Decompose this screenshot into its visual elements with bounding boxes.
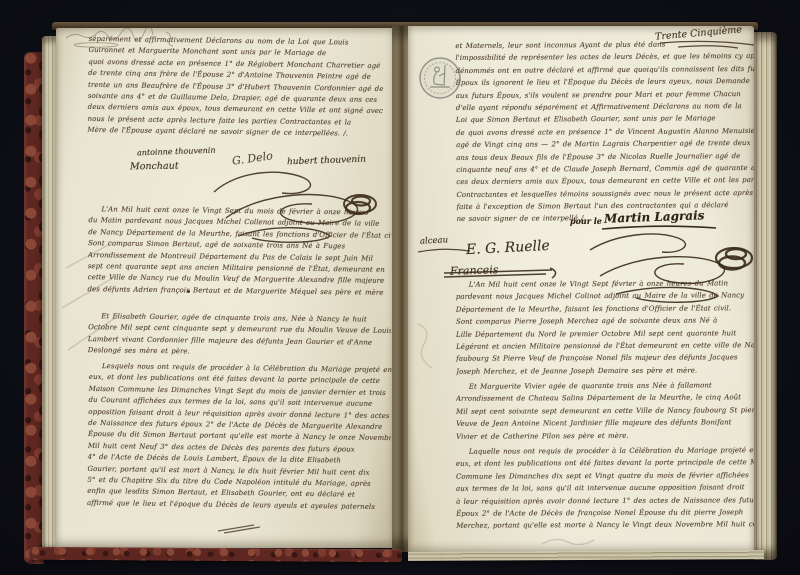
manuscript-line: Joseph Merchez, et de Jeanne Joseph Dema…	[456, 364, 756, 378]
act-merchez-paragraph: L'An Mil huit cent onze le Vingt Sept fé…	[456, 277, 757, 378]
requisition-paragraph-right: Laquelle nous ont requis de procéder à l…	[456, 444, 756, 532]
signature-ruelle: E. G. Ruelle	[466, 238, 551, 258]
end-of-page-dash	[214, 522, 264, 534]
signature-delo: G. Delo	[231, 149, 273, 168]
faint-pencil-squiggle	[538, 534, 598, 548]
ink-speck	[187, 290, 190, 293]
alceau-underline	[416, 247, 472, 255]
continuation-paragraph: et Maternels, leur sont inconnus Ayant d…	[455, 38, 756, 226]
right-page: Trente Cinquième et Maternels, leur sont	[408, 26, 754, 554]
manuscript-line: Vivier et de Catherine Pilon ses père et…	[456, 429, 756, 443]
page-edges-right	[754, 32, 777, 560]
requisition-paragraph-left: Lesquels nous ont requis de procéder à l…	[87, 361, 392, 513]
pour-le-note: pour le	[570, 216, 602, 226]
signature-monchaut: Monchaut	[130, 161, 179, 173]
book-cover-edge-left	[24, 52, 44, 564]
manuscript-line: Sont comparus Pierre Joseph Merchez agé …	[456, 314, 756, 328]
bride-vivier-paragraph: Et Marguerite Vivier agée de quarante tr…	[456, 379, 756, 443]
register-book: séparément et affirmativement Déclarons …	[0, 0, 800, 575]
pencil-marks-right	[410, 316, 450, 376]
signature-antoine-thouvenin: antoinne thouvenin	[137, 146, 216, 158]
left-page: séparément et affirmativement Déclarons …	[56, 28, 394, 548]
manuscript-line: faubourg St Pierre Veuf de françoise Non…	[456, 352, 756, 366]
manuscript-line: Merchez, portant qu'elle est morte à Nan…	[456, 519, 756, 533]
closing-act-paragraph: séparément et affirmativement Déclarons …	[87, 34, 391, 141]
page-edges-bottom-right	[408, 550, 764, 561]
book-cover-edge-bottom	[30, 547, 402, 563]
act-bertaut-paragraph: L'An Mil huit cent onze le Vingt Sept du…	[87, 204, 391, 299]
photo-background: séparément et affirmativement Déclarons …	[0, 0, 800, 575]
signature-alceau: alceau	[420, 235, 449, 246]
manuscript-line: Veuve de Jean Antoine Nicent Jardinier f…	[456, 416, 756, 430]
bride-gourier-paragraph: Et Elisabeth Gourier, agée de cinquante …	[88, 311, 392, 360]
manuscript-line: aux termes de la loi, sans qu'il ait int…	[456, 481, 756, 495]
